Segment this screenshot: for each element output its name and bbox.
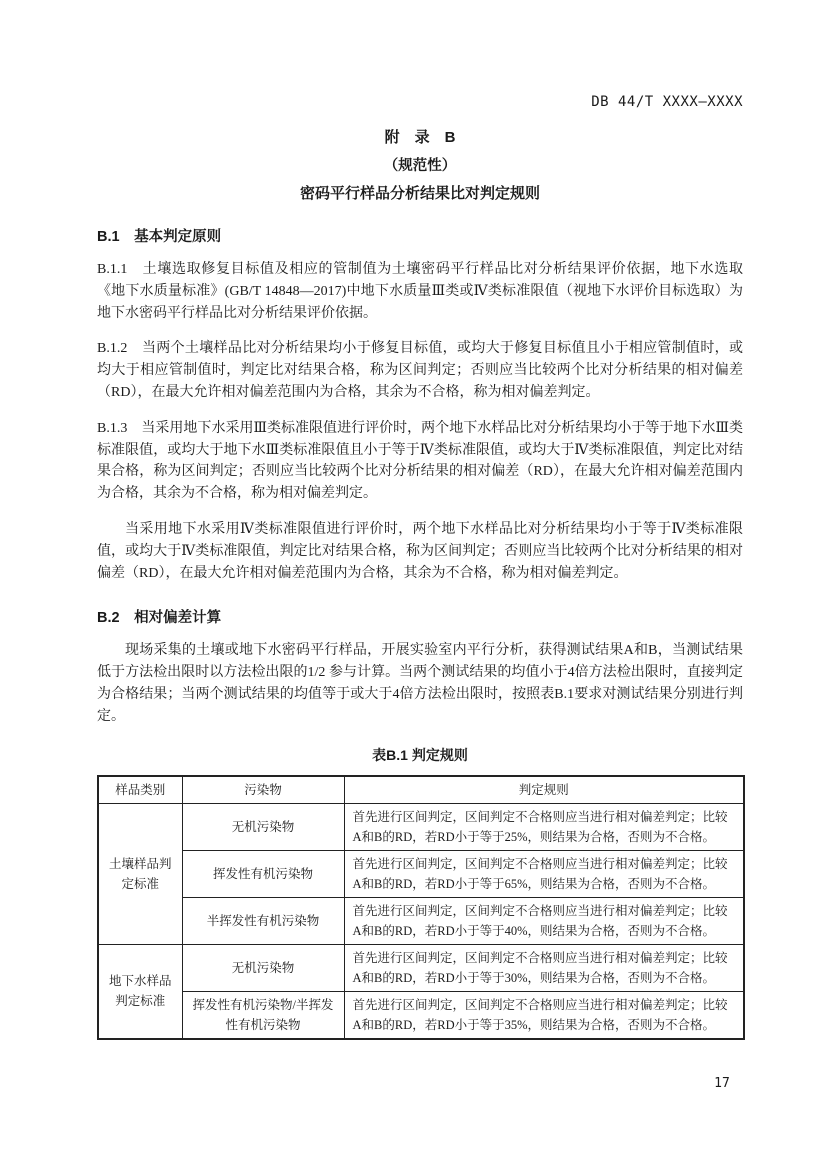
- table-row: 挥发性有机污染物/半挥发性有机污染物 首先进行区间判定，区间判定不合格则应当进行…: [98, 991, 744, 1039]
- section-b2-heading: B.2 相对偏差计算: [97, 606, 743, 627]
- category-groundwater: 地下水样品判定标准: [98, 944, 182, 1039]
- appendix-normative-tag: （规范性）: [97, 154, 743, 175]
- appendix-label: 附 录 B: [97, 126, 743, 147]
- table-caption: 表B.1 判定规则: [97, 745, 743, 765]
- page-content: DB 44/T XXXX—XXXX 附 录 B （规范性） 密码平行样品分析结果…: [97, 0, 743, 1040]
- standard-doc-code: DB 44/T XXXX—XXXX: [97, 94, 743, 110]
- appendix-title: 密码平行样品分析结果比对判定规则: [97, 182, 743, 203]
- pollutant-gw-inorganic: 无机污染物: [182, 944, 344, 991]
- paragraph-b1-1: B.1.1 土壤选取修复目标值及相应的管制值为土壤密码平行样品比对分析结果评价依…: [97, 259, 743, 324]
- col-header-sample-category: 样品类别: [98, 776, 182, 804]
- table-header-row: 样品类别 污染物 判定规则: [98, 776, 744, 804]
- pollutant-soil-inorganic: 无机污染物: [182, 803, 344, 850]
- col-header-rule: 判定规则: [344, 776, 744, 804]
- table-row: 半挥发性有机污染物 首先进行区间判定，区间判定不合格则应当进行相对偏差判定；比较…: [98, 897, 744, 944]
- rule-gw-inorganic: 首先进行区间判定，区间判定不合格则应当进行相对偏差判定；比较A和B的RD，若RD…: [344, 944, 744, 991]
- paragraph-b2-1: 现场采集的土壤或地下水密码平行样品，开展实验室内平行分析，获得测试结果A和B，当…: [97, 640, 743, 727]
- table-row: 地下水样品判定标准 无机污染物 首先进行区间判定，区间判定不合格则应当进行相对偏…: [98, 944, 744, 991]
- paragraph-b1-3: B.1.3 当采用地下水采用Ⅲ类标准限值进行评价时，两个地下水样品比对分析结果均…: [97, 418, 743, 505]
- paragraph-b1-2: B.1.2 当两个土壤样品比对分析结果均小于修复目标值，或均大于修复目标值且小于…: [97, 338, 743, 403]
- judgment-rules-table: 样品类别 污染物 判定规则 土壤样品判定标准 无机污染物 首先进行区间判定，区间…: [97, 775, 745, 1040]
- rule-soil-voc: 首先进行区间判定，区间判定不合格则应当进行相对偏差判定；比较A和B的RD，若RD…: [344, 850, 744, 897]
- rule-gw-voc-svoc: 首先进行区间判定，区间判定不合格则应当进行相对偏差判定；比较A和B的RD，若RD…: [344, 991, 744, 1039]
- document-page: DB 44/T XXXX—XXXX 附 录 B （规范性） 密码平行样品分析结果…: [0, 0, 826, 1169]
- section-b1-heading: B.1 基本判定原则: [97, 225, 743, 246]
- page-number: 17: [710, 1076, 734, 1091]
- pollutant-soil-voc: 挥发性有机污染物: [182, 850, 344, 897]
- rule-soil-svoc: 首先进行区间判定，区间判定不合格则应当进行相对偏差判定；比较A和B的RD，若RD…: [344, 897, 744, 944]
- paragraph-b1-3-continued: 当采用地下水采用Ⅳ类标准限值进行评价时，两个地下水样品比对分析结果均小于等于Ⅳ类…: [97, 519, 743, 584]
- table-row: 挥发性有机污染物 首先进行区间判定，区间判定不合格则应当进行相对偏差判定；比较A…: [98, 850, 744, 897]
- table-row: 土壤样品判定标准 无机污染物 首先进行区间判定，区间判定不合格则应当进行相对偏差…: [98, 803, 744, 850]
- col-header-pollutant: 污染物: [182, 776, 344, 804]
- rule-soil-inorganic: 首先进行区间判定，区间判定不合格则应当进行相对偏差判定；比较A和B的RD，若RD…: [344, 803, 744, 850]
- pollutant-soil-svoc: 半挥发性有机污染物: [182, 897, 344, 944]
- pollutant-gw-voc-svoc: 挥发性有机污染物/半挥发性有机污染物: [182, 991, 344, 1039]
- category-soil: 土壤样品判定标准: [98, 803, 182, 944]
